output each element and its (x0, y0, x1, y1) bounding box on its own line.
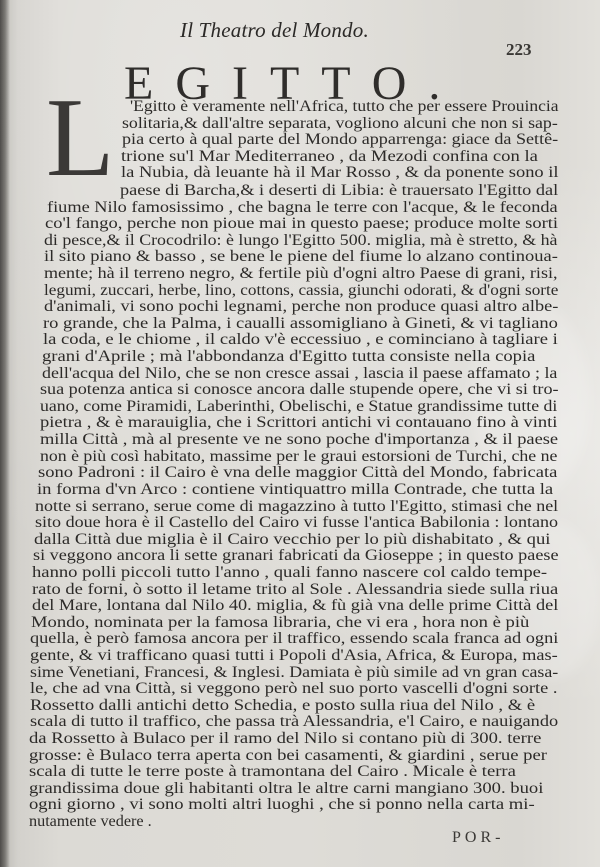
text-line: in forma d'vn Arco : contiene vintiquatt… (37, 480, 553, 498)
text-line: mente; hà il terreno negro, & fertile pi… (44, 264, 557, 282)
text-line: sono Padroni : il Cairo è vna delle magg… (38, 463, 557, 481)
text-line: Mondo, nominata per la famosa libraria, … (31, 613, 529, 631)
text-line: pietra , & è marauiglia, che i Scrittori… (40, 413, 557, 431)
text-line: paese di Barcha,& i deserti di Libia: è … (120, 181, 558, 199)
text-line: grandissima doue gli habitanti oltra le … (29, 779, 543, 797)
text-line: d'animali, vi sono pochi legnami, perche… (44, 297, 558, 315)
text-line: del Mare, lontana dal Nilo 40. miglia, &… (32, 596, 558, 614)
body-text: 'Egitto è veramente nell'Africa, tutto c… (0, 0, 600, 867)
text-line: Rossetto dalli antichi detto Schedia, e … (30, 696, 535, 714)
text-line: sua potenza antica si conosce ancora dal… (40, 380, 559, 398)
text-line: dalla Città due miglia è il Cairo vecchi… (34, 530, 550, 548)
text-line: gente, & vi trafficano quasi tutti i Pop… (30, 646, 558, 664)
text-line: milla Città , mà al presente ve ne sono … (40, 430, 558, 448)
text-line: grosse: è Bulaco terra aperta con bei ca… (29, 746, 547, 764)
text-line: notte si serrano, serue come di magazzin… (35, 497, 558, 515)
text-line: si veggono ancora li sette granari fabri… (33, 546, 559, 564)
text-line: grani d'Aprile ; mà l'abbondanza d'Egitt… (42, 347, 535, 365)
text-line: nutamente vedere . (29, 812, 152, 830)
text-line: ro grande, che la Palma, i caualli assom… (43, 314, 558, 332)
text-line: da Rossetto à Bulaco per il ramo del Nil… (29, 729, 541, 747)
text-line: scala di tutto il traffico, che passa tr… (30, 712, 558, 730)
text-line: la coda, e le chiome , il caldo v'è ecce… (43, 330, 558, 348)
text-line: rato de forni, ò sotto il letame trito a… (32, 580, 558, 598)
text-line: sime Venetiani, Francesi, & Inglesi. Dam… (30, 663, 558, 681)
text-line: non è più così habitato, massime per le … (40, 447, 557, 465)
text-line: pia certo à qual parte del Mondo apparre… (122, 130, 558, 148)
catchword: POR- (452, 829, 504, 847)
text-line: solitaria,& dall'altre separata, voglion… (122, 114, 558, 132)
text-line: ogni giorno , vi sono molti altri luoghi… (29, 795, 535, 813)
text-line: la Nubia, dà leuante hà il Mar Rosso , &… (121, 163, 559, 181)
text-line: scala di tutte le terre poste à tramonta… (29, 762, 516, 780)
text-line: fiume Nilo famosissimo , che bagna le te… (47, 198, 558, 216)
text-line: le, che ad vna Città, si veggono però ne… (30, 679, 557, 697)
text-line: di pesce,& il Crocodrilo: è lungo l'Egit… (44, 231, 557, 249)
text-line: uano, come Piramidi, Laberinthi, Obelisc… (40, 397, 557, 415)
text-line: legumi, zuccari, herbe, lino, cottons, c… (44, 281, 558, 299)
text-line: sito doue hora è il Castello del Cairo v… (35, 513, 558, 531)
text-line: quella, è però famosa ancora per il traf… (30, 629, 558, 647)
text-line: il sito piano & basso , se bene le piene… (44, 247, 558, 265)
text-line: 'Egitto è veramente nell'Africa, tutto c… (130, 97, 559, 115)
text-line: hanno polli piccoli tutto l'anno , quali… (32, 563, 547, 581)
book-page: Il Theatro del Mondo. 223 EGITTO. L 'Egi… (0, 0, 600, 867)
text-line: co'l fango, perche non pioue mai in ques… (45, 214, 558, 232)
text-line: trione su'l Mar Mediterraneo , da Mezodi… (121, 147, 538, 165)
text-line: dell'acqua del Nilo, che se non cresce a… (42, 364, 557, 382)
